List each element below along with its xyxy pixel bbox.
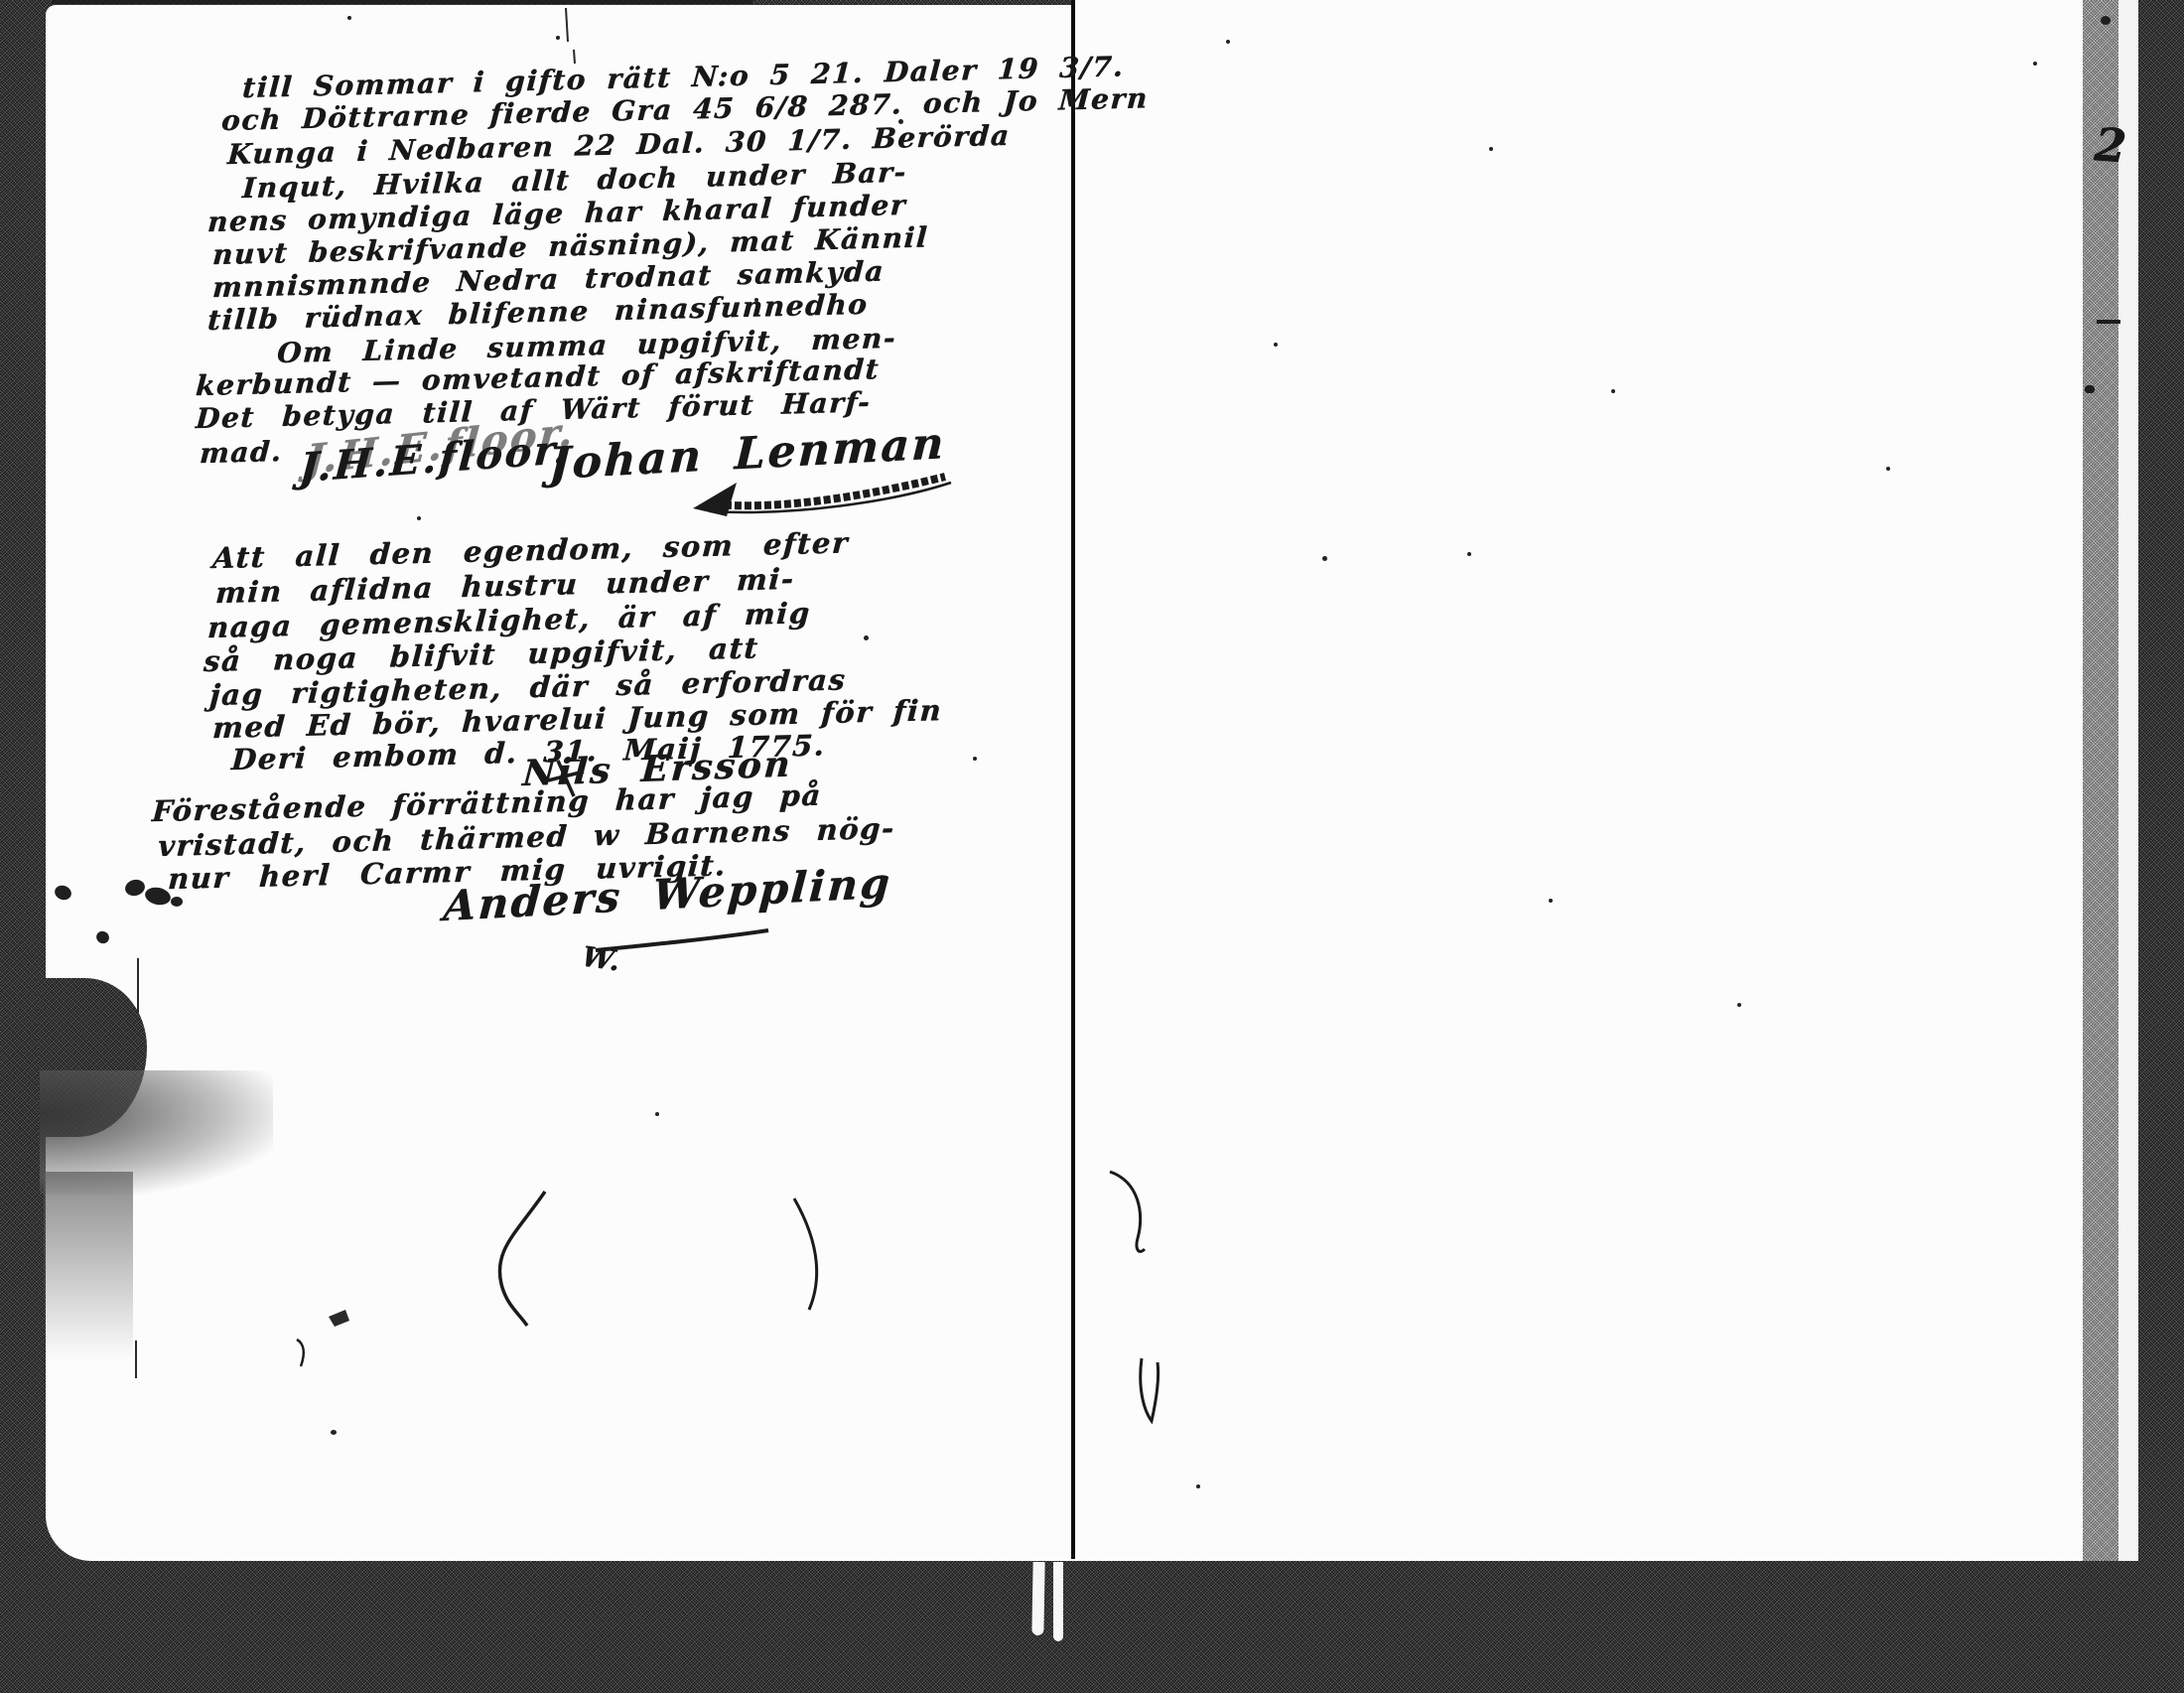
dust-speck [1467, 552, 1471, 556]
ink-blot [171, 897, 183, 907]
dust-speck [1196, 1484, 1200, 1488]
dust-speck [1737, 1003, 1741, 1007]
dust-speck [1322, 556, 1327, 561]
dust-speck [1549, 899, 1553, 903]
dust-speck [417, 516, 421, 520]
right-book-edge-white-strip [2118, 0, 2138, 1561]
left-border-fade-lower [44, 1172, 133, 1360]
ribbon-slit [1053, 1562, 1063, 1641]
edge-tick [2085, 385, 2095, 393]
dust-speck [2033, 62, 2037, 66]
dust-speck [1611, 389, 1615, 393]
right-page-edge-stipple [2083, 0, 2118, 1561]
dust-speck [556, 36, 560, 40]
folio-number: 2 [2093, 117, 2128, 173]
dust-speck [973, 757, 977, 761]
scanned-document: 2 till Sommar i gifto rätt N:o 5 21. Dal… [0, 0, 2184, 1693]
dust-speck [655, 1112, 659, 1116]
gutter-fold-line [1071, 0, 1075, 1559]
dust-speck [754, 298, 758, 302]
dust-speck [1489, 147, 1493, 151]
dust-speck [1886, 467, 1890, 471]
manuscript-line: mad. [199, 435, 284, 470]
dust-speck [331, 1430, 337, 1435]
dust-speck [864, 635, 869, 640]
dust-speck [898, 119, 903, 124]
edge-tick [2097, 320, 2120, 324]
top-edge-shadow [52, 0, 752, 4]
dust-speck [1274, 343, 1278, 347]
edge-mark [2101, 16, 2111, 25]
dust-speck [347, 16, 351, 20]
dust-speck [1226, 40, 1230, 44]
ribbon-slit [1031, 1562, 1044, 1635]
right-page [1072, 0, 2085, 1561]
signature-initial-mark: W. [579, 940, 625, 978]
